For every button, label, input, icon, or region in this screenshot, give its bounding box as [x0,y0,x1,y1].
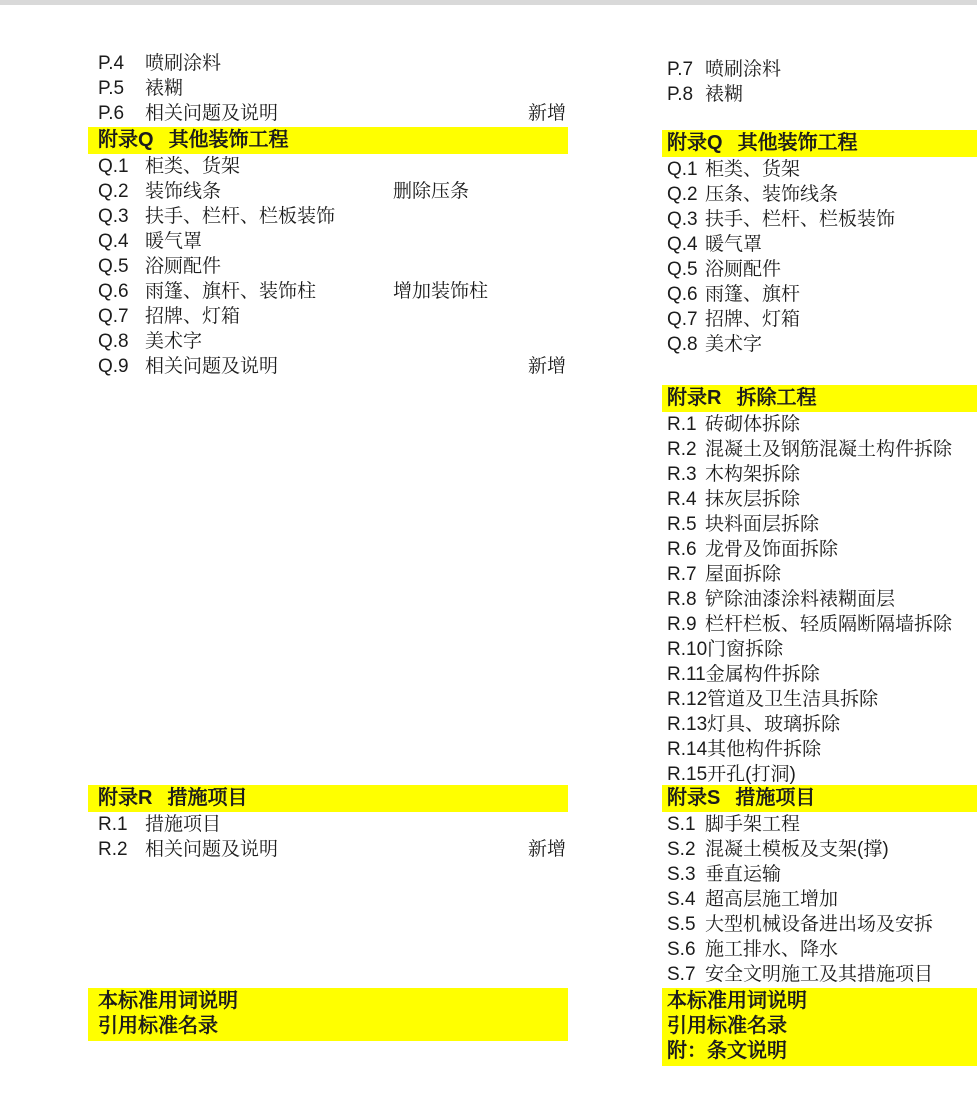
item-title: 屋面拆除 [705,562,781,587]
item-title: 裱糊 [145,76,183,101]
item-number: Q.3 [667,207,705,232]
appendix-title: 其他装饰工程 [738,132,858,154]
item-title: 柜类、货架 [705,157,800,182]
item-number: Q.5 [667,257,705,282]
item-number: Q.2 [98,179,145,204]
revision-note: 增加装饰柱 [393,279,488,304]
item-title: 裱糊 [705,82,743,107]
item-title: 抹灰层拆除 [705,487,800,512]
item-number: Q.5 [98,254,145,279]
toc-section: 附录S措施项目S.1脚手架工程S.2混凝土模板及支架(撑)S.3垂直运输S.4超… [662,785,977,987]
item-title: 相关问题及说明 [145,837,278,862]
toc-item: R.11金属构件拆除 [662,662,977,687]
appendix-header: 附录Q其他装饰工程 [662,130,977,157]
toc-item: Q.1柜类、货架 [88,154,568,179]
toc-section: 附录Q其他装饰工程Q.1柜类、货架Q.2装饰线条删除压条Q.3扶手、栏杆、栏板装… [88,127,568,379]
item-title: 其他构件拆除 [707,737,821,762]
item-number: Q.4 [98,229,145,254]
item-title: 美术字 [705,332,762,357]
closing-block: 本标准用词说明引用标准名录 [88,988,568,1041]
item-title: 浴厕配件 [705,257,781,282]
appendix-title: 其他装饰工程 [169,129,289,151]
item-number: R.6 [667,537,705,562]
toc-item: R.1砖砌体拆除 [662,412,977,437]
toc-item: Q.8美术字 [662,332,977,357]
item-title: 安全文明施工及其措施项目 [705,962,933,987]
new-tag: 新增 [528,837,566,862]
toc-item: S.2混凝土模板及支架(撑) [662,837,977,862]
item-title: 超高层施工增加 [705,887,838,912]
item-title: 垂直运输 [705,862,781,887]
appendix-header: 附录Q其他装饰工程 [88,127,568,154]
item-number: R.10 [667,637,707,662]
item-number: Q.1 [667,157,705,182]
item-number: P.8 [667,82,705,107]
new-tag: 新增 [528,354,566,379]
document-page: P.4喷刷涂料P.5裱糊P.6相关问题及说明新增附录Q其他装饰工程Q.1柜类、货… [0,0,977,1103]
toc-item: Q.5浴厕配件 [88,254,568,279]
item-title: 相关问题及说明 [145,101,278,126]
appendix-title: 拆除工程 [736,387,816,409]
closing-block: 本标准用词说明引用标准名录附：条文说明 [662,988,977,1066]
item-number: S.6 [667,937,705,962]
item-number: R.9 [667,612,705,637]
toc-column-right: P.7喷刷涂料P.8裱糊附录Q其他装饰工程Q.1柜类、货架Q.2压条、装饰线条Q… [662,0,977,1103]
closing-line: 引用标准名录 [88,1014,568,1039]
appendix-code: 附录Q [667,132,723,154]
item-number: P.5 [98,76,145,101]
item-number: R.14 [667,737,707,762]
item-title: 招牌、灯箱 [705,307,800,332]
item-title: 雨篷、旗杆 [705,282,800,307]
appendix-title: 措施项目 [167,787,247,809]
toc-column-left: P.4喷刷涂料P.5裱糊P.6相关问题及说明新增附录Q其他装饰工程Q.1柜类、货… [88,0,568,1103]
item-number: R.3 [667,462,705,487]
toc-item: S.3垂直运输 [662,862,977,887]
appendix-code: 附录S [667,787,720,809]
item-number: S.2 [667,837,705,862]
item-title: 压条、装饰线条 [705,182,838,207]
item-title: 柜类、货架 [145,154,240,179]
toc-item: R.15开孔(打洞) [662,762,977,787]
item-title: 混凝土模板及支架(撑) [705,837,889,862]
item-number: R.7 [667,562,705,587]
toc-item: S.5大型机械设备进出场及安拆 [662,912,977,937]
toc-item: R.9栏杆栏板、轻质隔断隔墙拆除 [662,612,977,637]
toc-section: P.7喷刷涂料P.8裱糊 [662,57,977,107]
item-title: 灯具、玻璃拆除 [707,712,840,737]
toc-item: Q.3扶手、栏杆、栏板装饰 [662,207,977,232]
item-number: R.11 [667,662,706,687]
item-number: Q.3 [98,204,145,229]
item-number: P.7 [667,57,705,82]
toc-section: 附录R措施项目R.1措施项目R.2相关问题及说明新增 [88,785,568,862]
item-number: Q.8 [667,332,705,357]
toc-item: R.2混凝土及钢筋混凝土构件拆除 [662,437,977,462]
item-number: S.1 [667,812,705,837]
toc-item: Q.4暖气罩 [662,232,977,257]
toc-item: Q.7招牌、灯箱 [662,307,977,332]
item-number: R.2 [98,837,145,862]
item-title: 砖砌体拆除 [705,412,800,437]
item-title: 浴厕配件 [145,254,221,279]
toc-item: Q.3扶手、栏杆、栏板装饰 [88,204,568,229]
toc-item: P.5裱糊 [88,76,568,101]
item-number: Q.6 [667,282,705,307]
item-title: 大型机械设备进出场及安拆 [705,912,933,937]
item-title: 扶手、栏杆、栏板装饰 [705,207,895,232]
item-number: R.5 [667,512,705,537]
item-title: 龙骨及饰面拆除 [705,537,838,562]
toc-item: R.6龙骨及饰面拆除 [662,537,977,562]
toc-item: P.4喷刷涂料 [88,51,568,76]
toc-item: R.12管道及卫生洁具拆除 [662,687,977,712]
toc-item: S.1脚手架工程 [662,812,977,837]
toc-item: Q.6雨篷、旗杆 [662,282,977,307]
toc-item: S.7安全文明施工及其措施项目 [662,962,977,987]
revision-note: 删除压条 [393,179,469,204]
item-number: Q.9 [98,354,145,379]
toc-item: S.6施工排水、降水 [662,937,977,962]
toc-item: Q.5浴厕配件 [662,257,977,282]
item-number: P.6 [98,101,145,126]
toc-item: Q.2压条、装饰线条 [662,182,977,207]
item-title: 雨篷、旗杆、装饰柱 [145,279,316,304]
item-title: 喷刷涂料 [705,57,781,82]
toc-item: R.7屋面拆除 [662,562,977,587]
toc-item: Q.8美术字 [88,329,568,354]
appendix-header: 附录R措施项目 [88,785,568,812]
item-title: 措施项目 [145,812,221,837]
new-tag: 新增 [528,101,566,126]
appendix-title: 措施项目 [735,787,815,809]
appendix-header: 附录R拆除工程 [662,385,977,412]
item-number: S.5 [667,912,705,937]
item-number: R.13 [667,712,707,737]
item-number: R.1 [98,812,145,837]
toc-item: P.6相关问题及说明新增 [88,101,568,126]
item-title: 木构架拆除 [705,462,800,487]
closing-line: 本标准用词说明 [88,989,568,1014]
item-title: 暖气罩 [145,229,202,254]
item-number: Q.7 [98,304,145,329]
toc-item: R.2相关问题及说明新增 [88,837,568,862]
appendix-code: 附录R [98,787,152,809]
toc-item: Q.7招牌、灯箱 [88,304,568,329]
toc-item: R.14其他构件拆除 [662,737,977,762]
toc-item: P.8裱糊 [662,82,977,107]
closing-line: 引用标准名录 [662,1014,977,1039]
item-number: R.4 [667,487,705,512]
item-number: P.4 [98,51,145,76]
item-number: Q.1 [98,154,145,179]
appendix-code: 附录Q [98,129,154,151]
item-title: 门窗拆除 [707,637,783,662]
item-title: 铲除油漆涂料裱糊面层 [705,587,895,612]
toc-item: R.8铲除油漆涂料裱糊面层 [662,587,977,612]
toc-item: Q.1柜类、货架 [662,157,977,182]
toc-item: P.7喷刷涂料 [662,57,977,82]
appendix-code: 附录R [667,387,721,409]
item-title: 招牌、灯箱 [145,304,240,329]
toc-item: Q.9相关问题及说明新增 [88,354,568,379]
item-title: 栏杆栏板、轻质隔断隔墙拆除 [705,612,952,637]
item-number: Q.6 [98,279,145,304]
toc-item: R.3木构架拆除 [662,462,977,487]
item-number: R.12 [667,687,707,712]
item-title: 相关问题及说明 [145,354,278,379]
item-title: 混凝土及钢筋混凝土构件拆除 [705,437,952,462]
item-title: 暖气罩 [705,232,762,257]
toc-item: R.5块料面层拆除 [662,512,977,537]
closing-line: 本标准用词说明 [662,989,977,1014]
item-number: S.3 [667,862,705,887]
toc-section: P.4喷刷涂料P.5裱糊P.6相关问题及说明新增 [88,51,568,126]
toc-item: Q.4暖气罩 [88,229,568,254]
item-title: 扶手、栏杆、栏板装饰 [145,204,335,229]
toc-item: R.13灯具、玻璃拆除 [662,712,977,737]
item-title: 施工排水、降水 [705,937,838,962]
item-title: 喷刷涂料 [145,51,221,76]
item-title: 脚手架工程 [705,812,800,837]
item-title: 块料面层拆除 [705,512,819,537]
item-number: Q.2 [667,182,705,207]
toc-item: Q.6雨篷、旗杆、装饰柱增加装饰柱 [88,279,568,304]
toc-item: Q.2装饰线条删除压条 [88,179,568,204]
toc-section: 附录Q其他装饰工程Q.1柜类、货架Q.2压条、装饰线条Q.3扶手、栏杆、栏板装饰… [662,130,977,357]
item-number: R.1 [667,412,705,437]
item-title: 金属构件拆除 [706,662,820,687]
toc-item: R.1措施项目 [88,812,568,837]
toc-section: 附录R拆除工程R.1砖砌体拆除R.2混凝土及钢筋混凝土构件拆除R.3木构架拆除R… [662,385,977,787]
appendix-header: 附录S措施项目 [662,785,977,812]
item-number: Q.4 [667,232,705,257]
item-title: 管道及卫生洁具拆除 [707,687,878,712]
item-number: S.4 [667,887,705,912]
toc-item: S.4超高层施工增加 [662,887,977,912]
item-number: R.8 [667,587,705,612]
item-number: S.7 [667,962,705,987]
item-title: 开孔(打洞) [707,762,796,787]
item-number: R.2 [667,437,705,462]
item-number: Q.7 [667,307,705,332]
toc-item: R.4抹灰层拆除 [662,487,977,512]
item-number: Q.8 [98,329,145,354]
toc-item: R.10门窗拆除 [662,637,977,662]
item-title: 美术字 [145,329,202,354]
closing-line: 附：条文说明 [662,1039,977,1064]
item-title: 装饰线条 [145,179,221,204]
item-number: R.15 [667,762,707,787]
